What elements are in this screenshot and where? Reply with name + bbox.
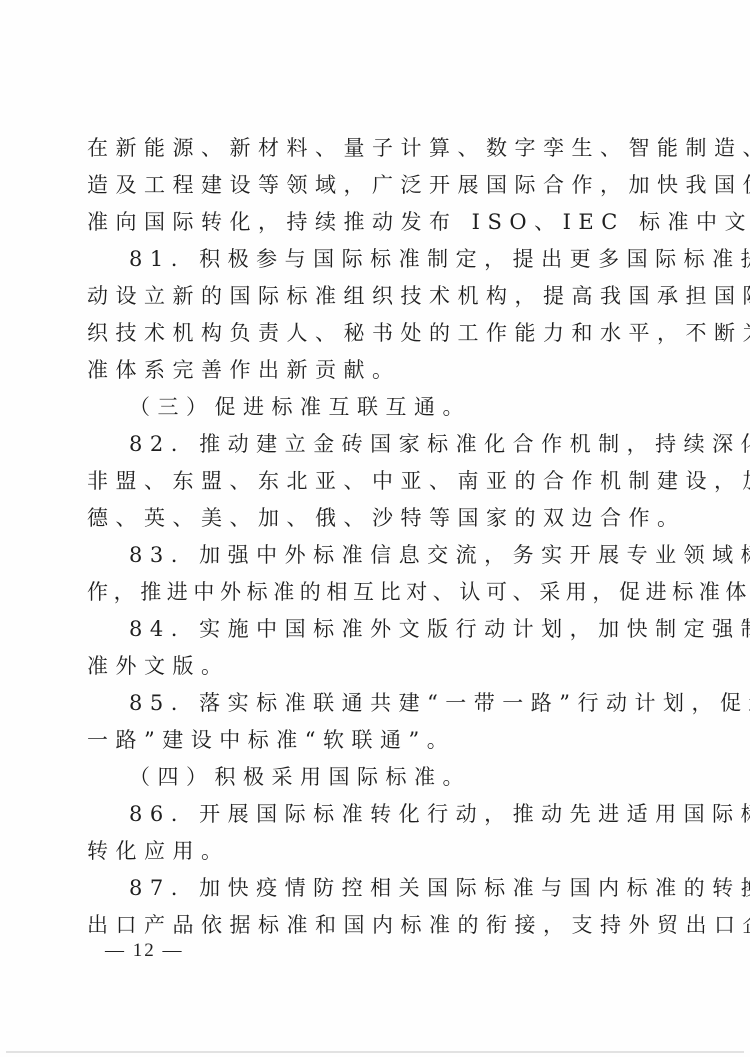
text-line: 非盟、东盟、东北亚、中亚、南亚的合作机制建设，加强与法、 (87, 463, 667, 500)
paragraph-86-start: 86. 开展国际标准转化行动，推动先进适用国际标准在我国 (87, 796, 667, 833)
paragraph-82-start: 82. 推动建立金砖国家标准化合作机制，持续深化与欧盟、 (87, 426, 667, 463)
paragraph-85-start: 85. 落实标准联通共建“一带一路”行动计划，促进“一带 (87, 685, 667, 722)
section-heading-3: （三）促进标准互联互通。 (87, 389, 667, 426)
page-number: — 12 — (105, 940, 184, 962)
page-bottom-edge (6, 1051, 744, 1053)
paragraph-87-start: 87. 加快疫情防控相关国际标准与国内标准的转换，推动 (87, 870, 667, 907)
body-text: 在新能源、新材料、量子计算、数字孪生、智能制造、工业化建 造及工程建设等领域，广… (87, 130, 667, 944)
text-line: 准体系完善作出新贡献。 (87, 352, 667, 389)
text-line: 在新能源、新材料、量子计算、数字孪生、智能制造、工业化建 (87, 130, 667, 167)
text-line: 出口产品依据标准和国内标准的衔接，支持外贸出口企业复工 (87, 907, 667, 944)
text-line: 德、英、美、加、俄、沙特等国家的双边合作。 (87, 500, 667, 537)
text-line: 一路”建设中标准“软联通”。 (87, 722, 667, 759)
document-page: 在新能源、新材料、量子计算、数字孪生、智能制造、工业化建 造及工程建设等领域，广… (0, 0, 750, 1057)
paragraph-81-start: 81. 积极参与国际标准制定，提出更多国际标准提案，推 (87, 241, 667, 278)
text-line: 准外文版。 (87, 648, 667, 685)
paragraph-84-start: 84. 实施中国标准外文版行动计划，加快制定强制性国家标 (87, 611, 667, 648)
text-line: 转化应用。 (87, 833, 667, 870)
paragraph-83-start: 83. 加强中外标准信息交流，务实开展专业领域标准化合 (87, 537, 667, 574)
text-line: 织技术机构负责人、秘书处的工作能力和水平，不断为国际标 (87, 315, 667, 352)
text-line: 动设立新的国际标准组织技术机构，提高我国承担国际标准组 (87, 278, 667, 315)
section-heading-4: （四）积极采用国际标准。 (87, 759, 667, 796)
text-line: 准向国际转化，持续推动发布 ISO、IEC 标准中文版。 (87, 204, 667, 241)
text-line: 造及工程建设等领域，广泛开展国际合作，加快我国优势技术标 (87, 167, 667, 204)
text-line: 作，推进中外标准的相互比对、认可、采用，促进标准体系兼容。 (87, 574, 667, 611)
